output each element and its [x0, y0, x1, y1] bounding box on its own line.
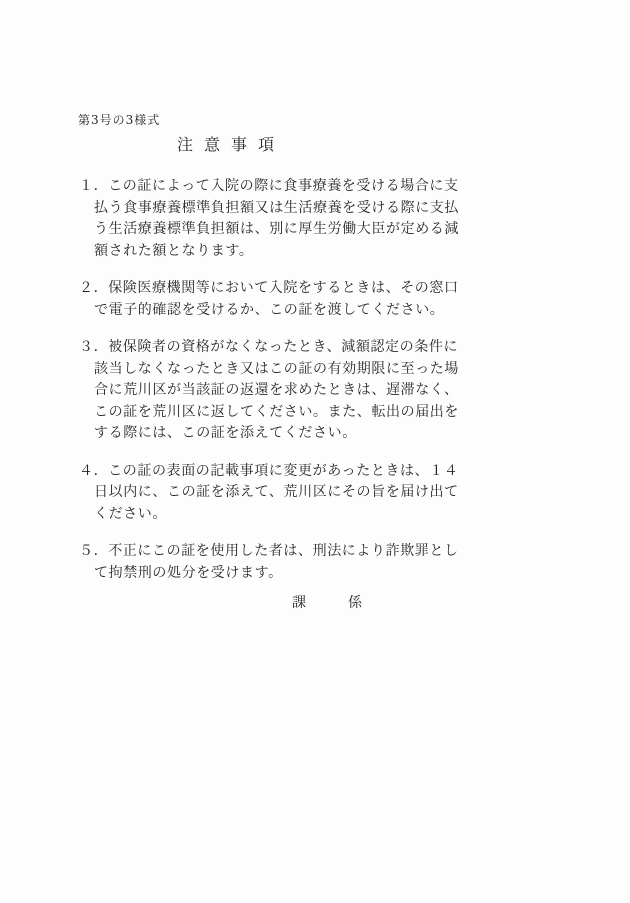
- form-number-label: 第3号の3様式: [78, 111, 160, 128]
- notice-item-2-line-2: で電子的確認を受けるか、この証を渡してください。: [94, 300, 479, 322]
- notice-item-4-line-3: ください。: [94, 504, 479, 526]
- notice-item-3-line-3: 合に荒川区が当該証の返還を求めたときは、遅滞なく、: [94, 380, 479, 402]
- notice-item-3-line-4: この証を荒川区に返してください。また、転出の届出を: [94, 402, 479, 424]
- notice-item-1-line-2: 払う食事療養標準負担額又は生活療養を受ける際に支払: [94, 198, 479, 220]
- notice-item-4-line-1: ４．この証の表面の記載事項に変更があったときは、１４: [79, 461, 479, 483]
- notice-item-1: １．この証によって入院の際に食事療養を受ける場合に支 払う食事療養標準負担額又は…: [79, 176, 479, 262]
- notice-item-5: ５．不正にこの証を使用した者は、刑法により詐欺罪とし て拘禁刑の処分を受けます。: [79, 541, 479, 584]
- notice-item-1-line-4: 額された額となります。: [94, 241, 479, 263]
- notice-item-1-line-1: １．この証によって入院の際に食事療養を受ける場合に支: [79, 176, 479, 198]
- staff-label: 係: [348, 595, 362, 611]
- section-label: 課: [292, 595, 306, 611]
- notice-item-2: ２．保険医療機関等において入院をするときは、その窓口 で電子的確認を受けるか、こ…: [79, 278, 479, 321]
- notice-item-3-line-1: ３．被保険者の資格がなくなったとき、減額認定の条件に: [79, 337, 479, 359]
- document-title: 注意事項: [177, 132, 285, 155]
- notice-item-4-line-2: 日以内に、この証を添えて、荒川区にその旨を届け出て: [94, 482, 479, 504]
- notice-item-5-line-1: ５．不正にこの証を使用した者は、刑法により詐欺罪とし: [79, 541, 479, 563]
- notice-item-5-line-2: て拘禁刑の処分を受けます。: [94, 563, 479, 585]
- notice-item-3-line-5: する際には、この証を添えてください。: [94, 423, 479, 445]
- notice-item-4: ４．この証の表面の記載事項に変更があったときは、１４ 日以内に、この証を添えて、…: [79, 461, 479, 526]
- notice-item-3-line-2: 該当しなくなったとき又はこの証の有効期限に至った場: [94, 359, 479, 381]
- notice-item-1-line-3: う生活療養標準負担額は、別に厚生労働大臣が定める減: [94, 219, 479, 241]
- notice-item-3: ３．被保険者の資格がなくなったとき、減額認定の条件に 該当しなくなったとき又はこ…: [79, 337, 479, 445]
- signature-line: 課係: [292, 592, 362, 612]
- notice-items-list: １．この証によって入院の際に食事療養を受ける場合に支 払う食事療養標準負担額又は…: [79, 176, 479, 600]
- notice-item-2-line-1: ２．保険医療機関等において入院をするときは、その窓口: [79, 278, 479, 300]
- document-page: 第3号の3様式 注意事項 １．この証によって入院の際に食事療養を受ける場合に支 …: [0, 0, 630, 903]
